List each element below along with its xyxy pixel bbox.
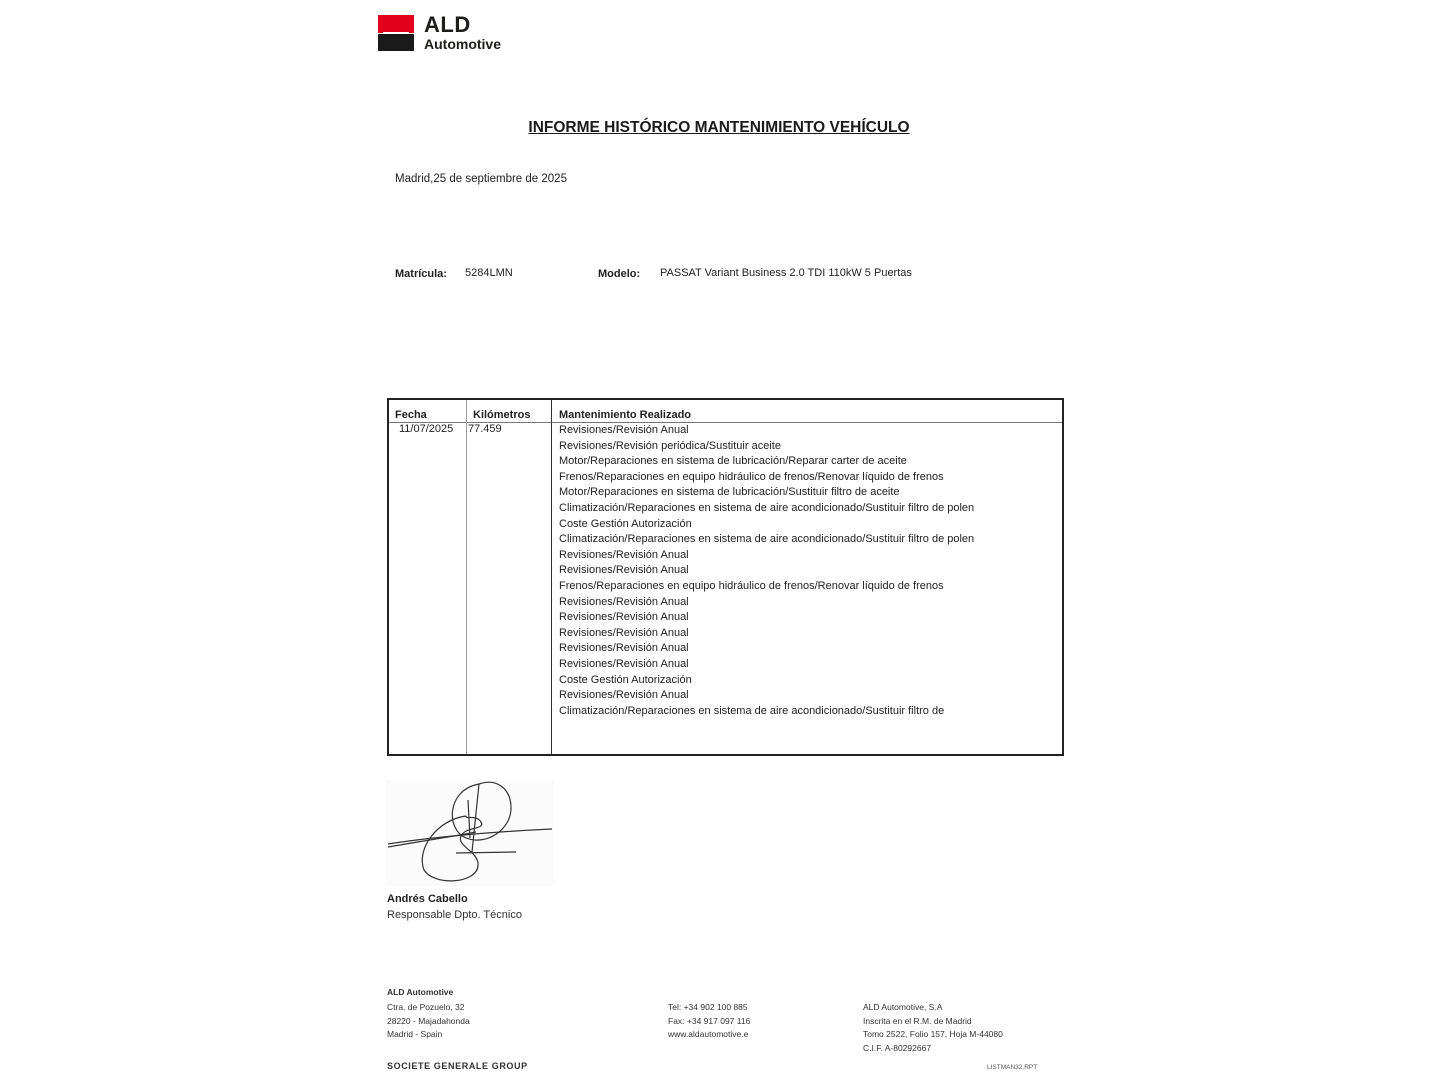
- footer-legal-line: Tomo 2522, Folio 157, Hoja M-44080: [863, 1028, 1003, 1042]
- model-value: PASSAT Variant Business 2.0 TDI 110kW 5 …: [660, 267, 912, 279]
- maintenance-item: Revisiones/Revisión Anual: [559, 688, 989, 704]
- maintenance-item: Revisiones/Revisión Anual: [559, 657, 989, 673]
- footer-legal-line: ALD Automotive, S.A: [863, 1001, 1003, 1015]
- maintenance-item: Revisiones/Revisión Anual: [559, 548, 989, 564]
- footer-legal: ALD Automotive, S.A Inscrita en el R.M. …: [863, 1001, 1003, 1056]
- place-date: Madrid,25 de septiembre de 2025: [395, 173, 567, 185]
- report-code: LISTMAN32.RPT: [987, 1064, 1037, 1071]
- plate-value: 5284LMN: [465, 267, 513, 279]
- footer-fax: Fax: +34 917 097 116: [668, 1015, 750, 1029]
- footer-website: www.aldautomotive.e: [668, 1028, 750, 1042]
- maintenance-table: Fecha Kilómetros Mantenimiento Realizado…: [387, 398, 1064, 756]
- model-label: Modelo:: [598, 268, 640, 280]
- maintenance-item: Coste Gestión Autorización: [559, 517, 989, 533]
- row-date: 11/07/2025: [399, 423, 453, 435]
- maintenance-items-list: Revisiones/Revisión AnualRevisiones/Revi…: [559, 423, 989, 719]
- maintenance-item: Motor/Reparaciones en sistema de lubrica…: [559, 454, 989, 470]
- footer-address-line: 28220 - Majadahonda: [387, 1015, 470, 1029]
- maintenance-item: Revisiones/Revisión Anual: [559, 641, 989, 657]
- ald-automotive-logo: ALD Automotive: [378, 14, 510, 54]
- maintenance-item: Climatización/Reparaciones en sistema de…: [559, 704, 989, 720]
- footer-address: Ctra. de Pozuelo, 32 28220 - Majadahonda…: [387, 1001, 470, 1042]
- maintenance-item: Frenos/Reparaciones en equipo hidráulico…: [559, 470, 989, 486]
- footer-contact: Tel: +34 902 100 885 Fax: +34 917 097 11…: [668, 1001, 750, 1042]
- maintenance-item: Revisiones/Revisión periódica/Sustituir …: [559, 439, 989, 455]
- header-maintenance: Mantenimiento Realizado: [559, 409, 691, 421]
- document-title: INFORME HISTÓRICO MANTENIMIENTO VEHÍCULO: [0, 119, 1438, 137]
- maintenance-item: Climatización/Reparaciones en sistema de…: [559, 501, 989, 517]
- signature-image: [386, 780, 554, 886]
- row-km: 77.459: [468, 423, 502, 435]
- maintenance-item: Revisiones/Revisión Anual: [559, 610, 989, 626]
- footer-address-line: Madrid - Spain: [387, 1028, 470, 1042]
- footer-address-line: Ctra. de Pozuelo, 32: [387, 1001, 470, 1015]
- footer-group: SOCIETE GENERALE GROUP: [387, 1061, 528, 1071]
- maintenance-item: Frenos/Reparaciones en equipo hidráulico…: [559, 579, 989, 595]
- footer-company: ALD Automotive: [387, 986, 453, 1000]
- maintenance-item: Motor/Reparaciones en sistema de lubrica…: [559, 485, 989, 501]
- maintenance-item: Climatización/Reparaciones en sistema de…: [559, 532, 989, 548]
- footer-legal-line: Inscrita en el R.M. de Madrid: [863, 1015, 1003, 1029]
- maintenance-item: Revisiones/Revisión Anual: [559, 626, 989, 642]
- logo-subbrand: Automotive: [424, 36, 501, 52]
- societe-generale-mark-icon: [378, 15, 414, 51]
- footer-phone: Tel: +34 902 100 885: [668, 1001, 750, 1015]
- header-km: Kilómetros: [473, 409, 530, 421]
- maintenance-item: Revisiones/Revisión Anual: [559, 563, 989, 579]
- logo-brand: ALD: [424, 12, 471, 38]
- footer-legal-line: C.I.F. A-80292667: [863, 1042, 1003, 1056]
- maintenance-item: Revisiones/Revisión Anual: [559, 423, 989, 439]
- header-date: Fecha: [395, 409, 427, 421]
- signer-role: Responsable Dpto. Técnico: [387, 909, 522, 921]
- plate-label: Matrícula:: [395, 268, 447, 280]
- signer-name: Andrés Cabello: [387, 893, 468, 905]
- maintenance-item: Coste Gestión Autorización: [559, 673, 989, 689]
- maintenance-item: Revisiones/Revisión Anual: [559, 595, 989, 611]
